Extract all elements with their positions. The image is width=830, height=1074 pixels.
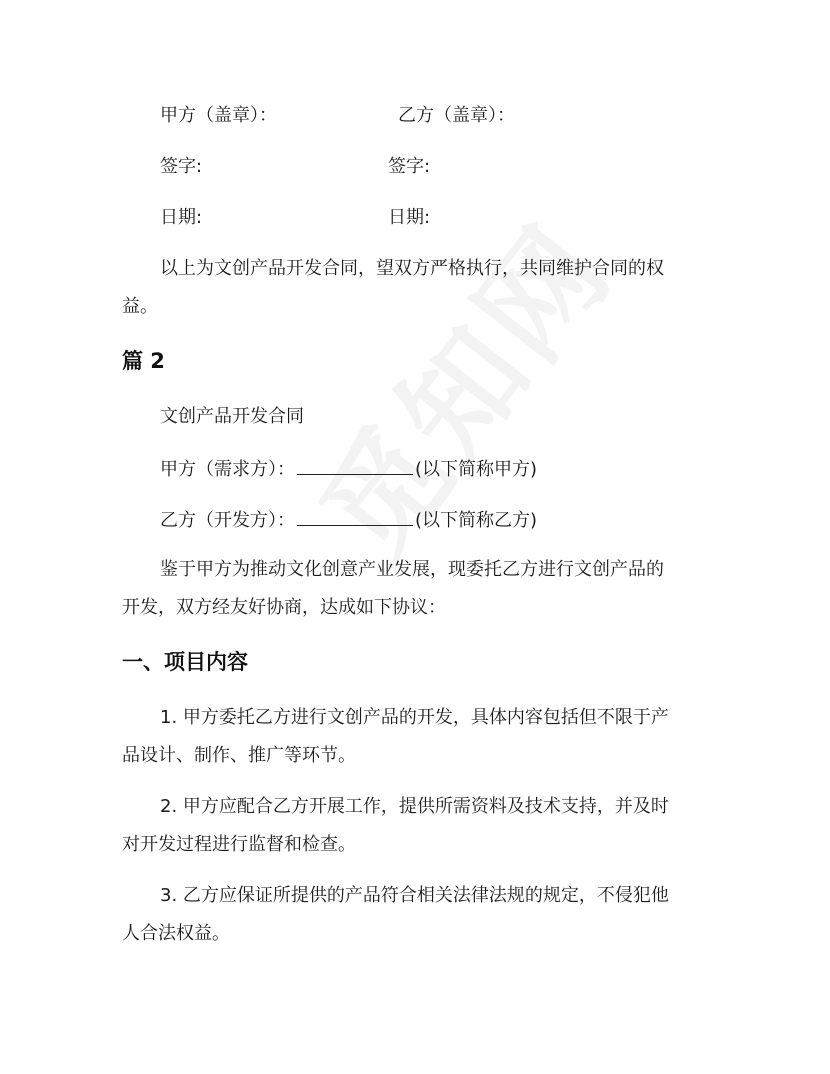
item-2-line1: 2. 甲方应配合乙方开展工作，提供所需资料及技术支持，并及时 xyxy=(160,795,669,819)
party-a-blank-field xyxy=(297,456,413,475)
closing-paragraph-line1: 以上为文创产品开发合同，望双方严格执行，共同维护合同的权 xyxy=(160,257,664,281)
article-heading: 一、项目内容 xyxy=(122,650,248,674)
intro-paragraph-line2: 开发，双方经友好协商，达成如下协议： xyxy=(122,596,446,620)
party-b-seal-label: 乙方（盖章）： xyxy=(398,104,515,128)
party-a-line: 甲方（需求方）：(以下简称甲方) xyxy=(160,456,537,482)
party-a-sign-label: 签字: xyxy=(160,155,202,179)
item-3-line2: 人合法权益。 xyxy=(122,922,230,946)
intro-paragraph-line1: 鉴于甲方为推动文化创意产业发展，现委托乙方进行文创产品的 xyxy=(160,558,664,582)
party-b-suffix: (以下简称乙方) xyxy=(415,510,537,531)
party-b-line: 乙方（开发方）：(以下简称乙方) xyxy=(160,507,537,533)
section-heading: 篇 2 xyxy=(122,349,165,373)
party-a-date-label: 日期: xyxy=(160,206,202,230)
party-b-date-label: 日期: xyxy=(388,206,430,230)
party-b-blank-field xyxy=(297,507,413,526)
party-a-suffix: (以下简称甲方) xyxy=(415,459,537,480)
item-2-line2: 对开发过程进行监督和检查。 xyxy=(122,833,356,857)
party-b-sign-label: 签字: xyxy=(388,155,430,179)
party-b-label: 乙方（开发方）： xyxy=(160,510,295,531)
party-a-seal-label: 甲方（盖章）： xyxy=(160,104,277,128)
item-3-line1: 3. 乙方应保证所提供的产品符合相关法律法规的规定，不侵犯他 xyxy=(160,884,669,908)
party-a-label: 甲方（需求方）： xyxy=(160,459,295,480)
contract-title: 文创产品开发合同 xyxy=(160,405,304,429)
closing-paragraph-line2: 益。 xyxy=(122,295,158,319)
item-1-line1: 1. 甲方委托乙方进行文创产品的开发，具体内容包括但不限于产 xyxy=(160,706,669,730)
item-1-line2: 品设计、制作、推广等环节。 xyxy=(122,744,356,768)
